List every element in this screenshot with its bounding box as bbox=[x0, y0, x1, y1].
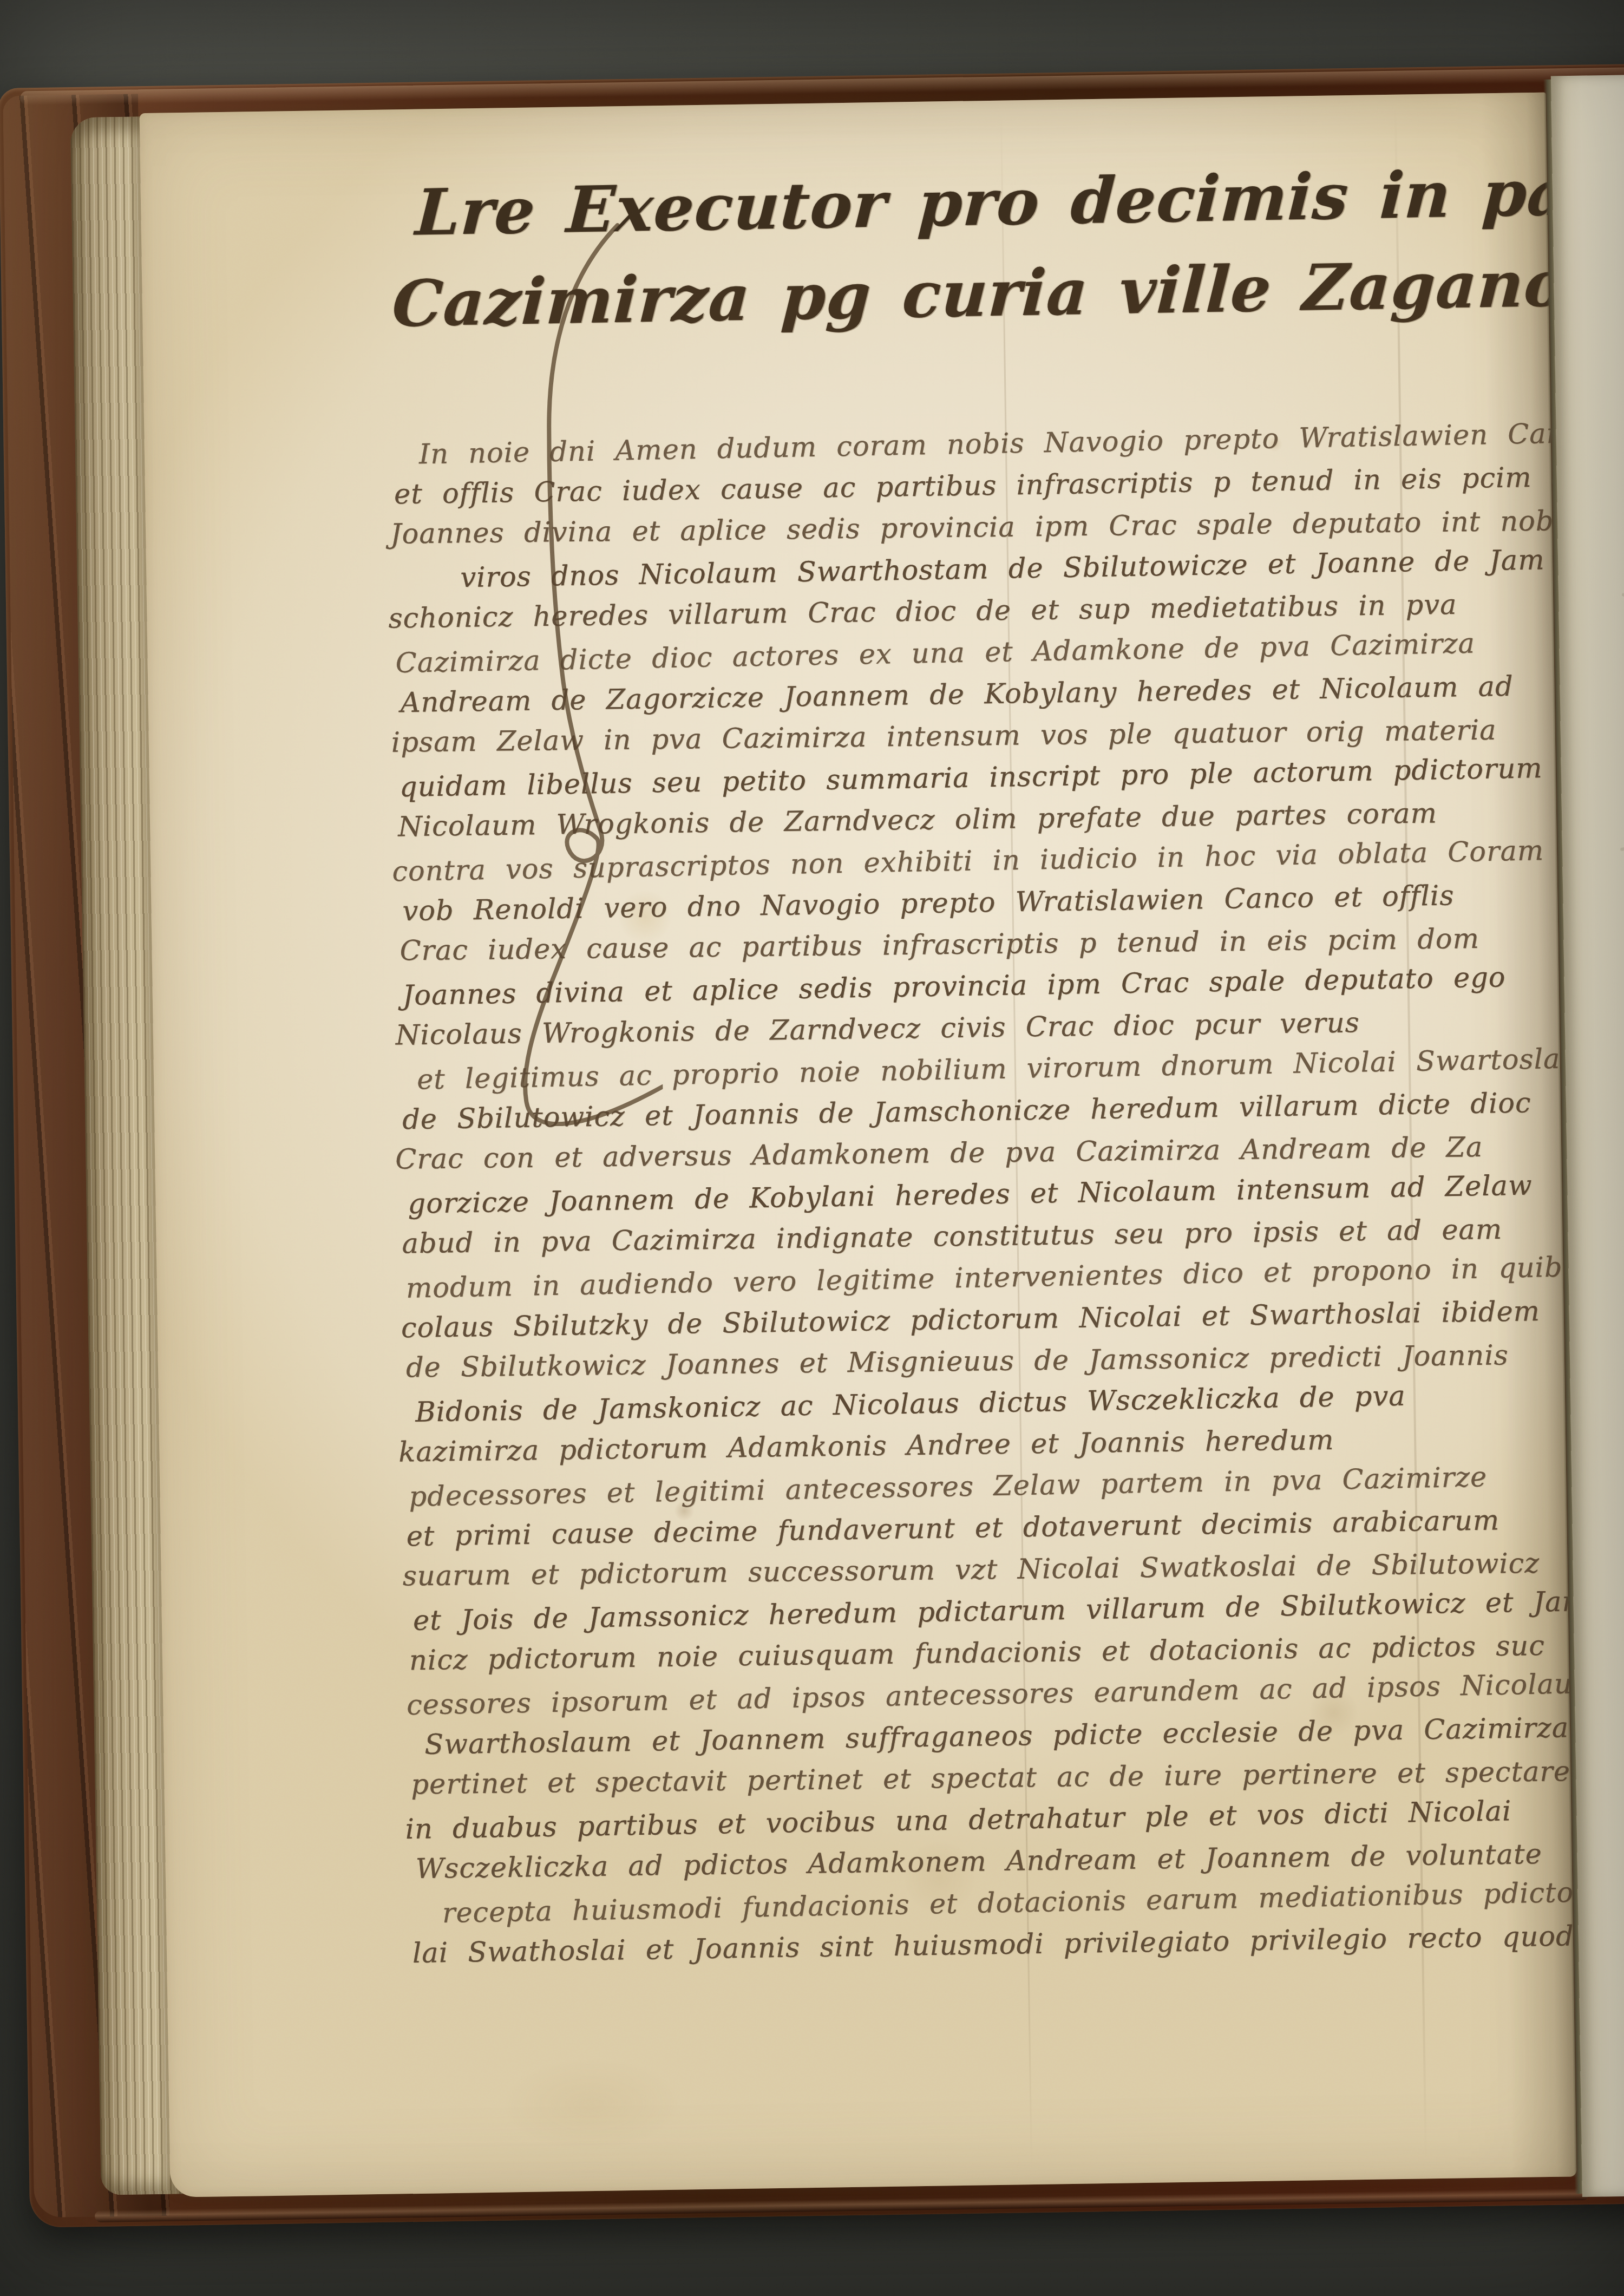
chapter-heading: Lre Executor pro decimis in parva Cazimi… bbox=[390, 147, 1591, 350]
manuscript-page: Lre Executor pro decimis in parva Cazimi… bbox=[140, 93, 1577, 2197]
body-text-block: In noie dni Amen dudum coram nobis Navog… bbox=[389, 415, 1559, 1974]
book: Lre Executor pro decimis in parva Cazimi… bbox=[0, 63, 1624, 2227]
photo-background: Lre Executor pro decimis in parva Cazimi… bbox=[0, 0, 1624, 2296]
